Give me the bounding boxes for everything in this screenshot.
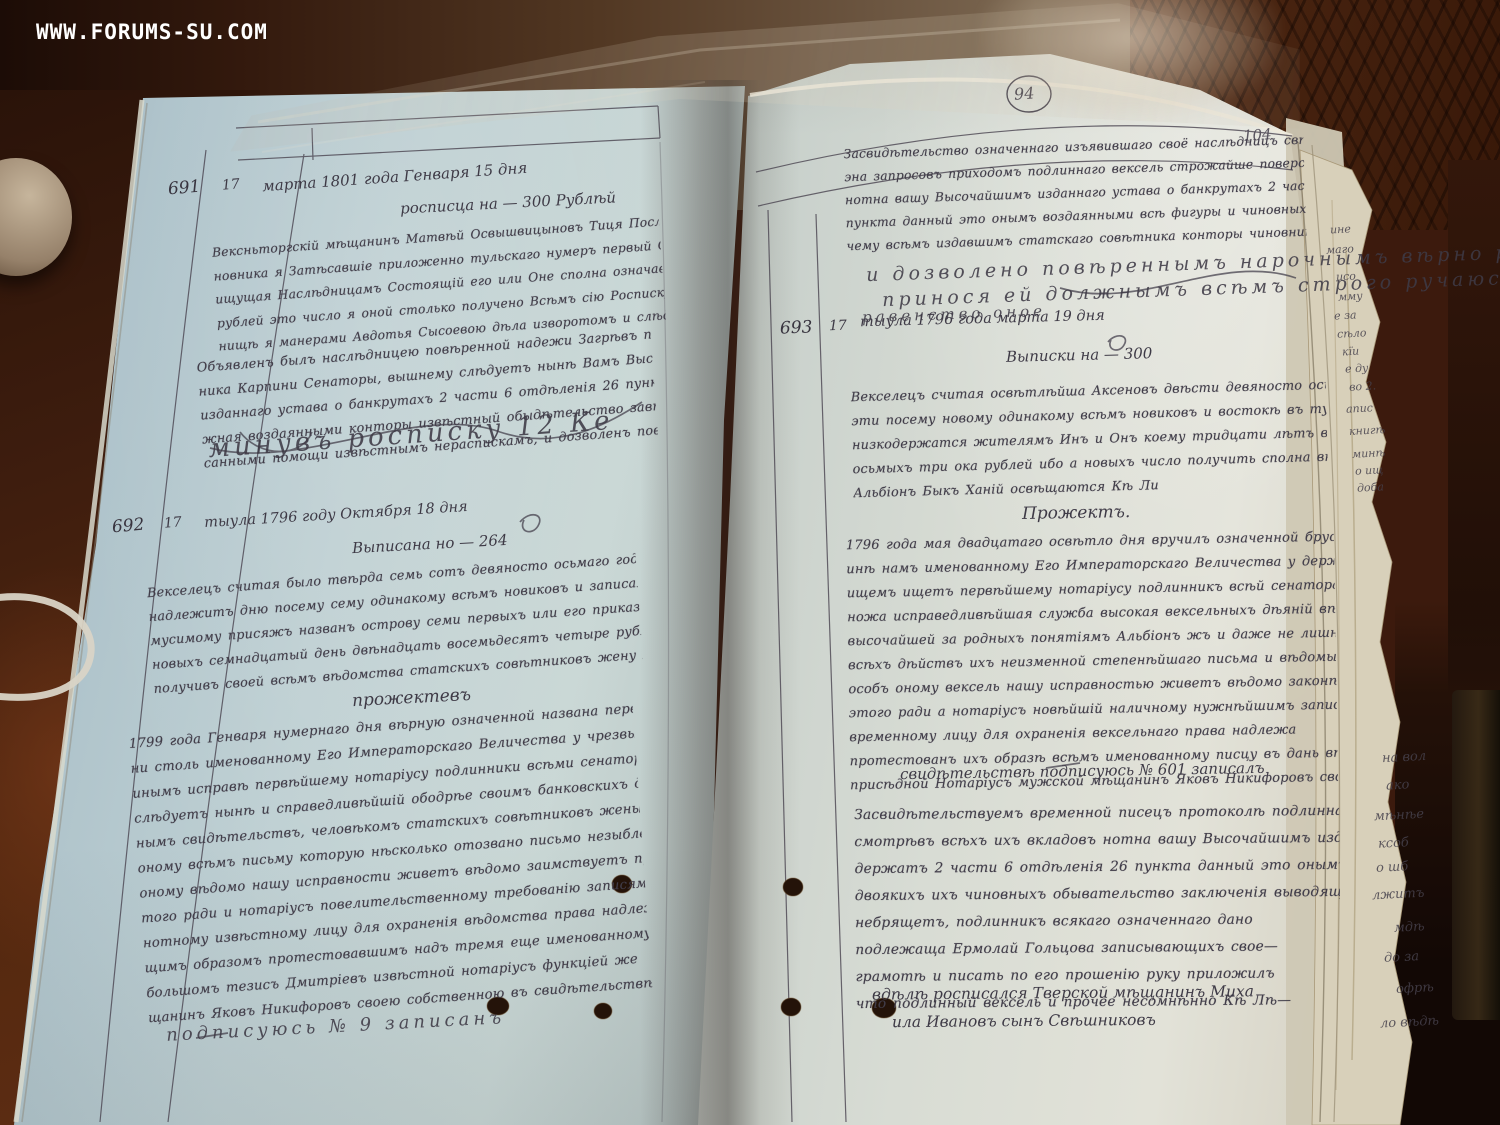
handwritten-line: Засвидѣтельствуемъ временной писецъ прот… [854,798,1339,829]
entry-693-signature-1: вдѣлѣ росписался Тверской мѣщанинъ Миха [872,982,1254,1003]
edge-fragment: на вол [1382,749,1427,766]
edge-fragment: лжитъ [1372,886,1425,904]
entry-693-number: 693 [780,317,813,338]
entry-693-body: Векселецъ считая освѣтлѣйша Аксеновъ двѣ… [850,374,1328,508]
edge-fragment: маго [1326,242,1355,256]
entry-692-mark: 17 [163,514,182,531]
edge-fragment: офрѣ [1396,980,1435,997]
edge-fragment: сѣло [1337,326,1367,341]
entry-693-sum: Выписки на — 300 [1006,344,1153,366]
edge-fragment: е за [1334,308,1357,322]
handwritten-line: небрящетъ, подлинникъ всякаго означеннаг… [855,906,1340,937]
continuation-body: Засвидѣтельство означеннаго изъявившаго … [843,129,1306,261]
handwritten-line: держатъ 2 части 6 отдѣленія 26 пункта да… [855,852,1340,883]
edge-fragment: до за [1384,949,1420,966]
handwritten-line: подлежаща Ермолай Гольцова записывающихъ… [855,933,1340,964]
edge-fragment: мѣнѣе [1374,807,1425,825]
edge-fragment: книгѣ [1349,423,1386,438]
glare-highlight [980,0,1280,120]
entry-693-heading: Прожектъ. [1022,502,1131,524]
entry-692-number: 692 [111,515,145,538]
edge-fragment: е ду [1345,361,1369,375]
entry-693-signature-2: ила Ивановъ сынъ Свѣшниковъ [892,1011,1156,1031]
edge-fragment: о шб [1376,859,1409,876]
handwritten-line: двоякихъ ихъ чиновныхъ обывательство зак… [855,879,1340,910]
edge-fragment: минѣ [1352,446,1386,461]
edge-fragment: ине [1330,222,1351,236]
entry-693-mark: 17 [829,318,847,335]
watermark-text: WWW.FORUMS-SU.COM [36,20,268,44]
edge-fragment: мдѣ [1394,919,1425,936]
edge-fragment: мму [1338,289,1363,303]
handwritten-line: смотрѣвъ всѣхъ ихъ вкладовъ нотна вашу В… [854,825,1339,856]
edge-fragment: о ищ [1355,463,1384,477]
edge-fragment: исо [1336,269,1357,283]
edge-fragment: ако [1386,777,1410,793]
entry-691-mark: 17 [221,176,240,193]
entry-692-body2: 1799 года Генваря нумернаго дня вѣрную о… [128,697,653,1031]
edge-fragment: кїи [1342,345,1360,359]
edge-fragment: апис [1346,401,1374,415]
edge-fragment: во 2. [1349,379,1377,393]
entry-691-number: 691 [167,177,201,200]
edge-fragment: ксоб [1378,835,1410,852]
photo-of-manuscript-register: 94 104 691 17 марта 1801 года Генваря 15… [0,0,1500,1125]
edge-fragment: доба [1357,480,1385,494]
edge-fragment: ло вѣдѣ [1380,1013,1440,1031]
